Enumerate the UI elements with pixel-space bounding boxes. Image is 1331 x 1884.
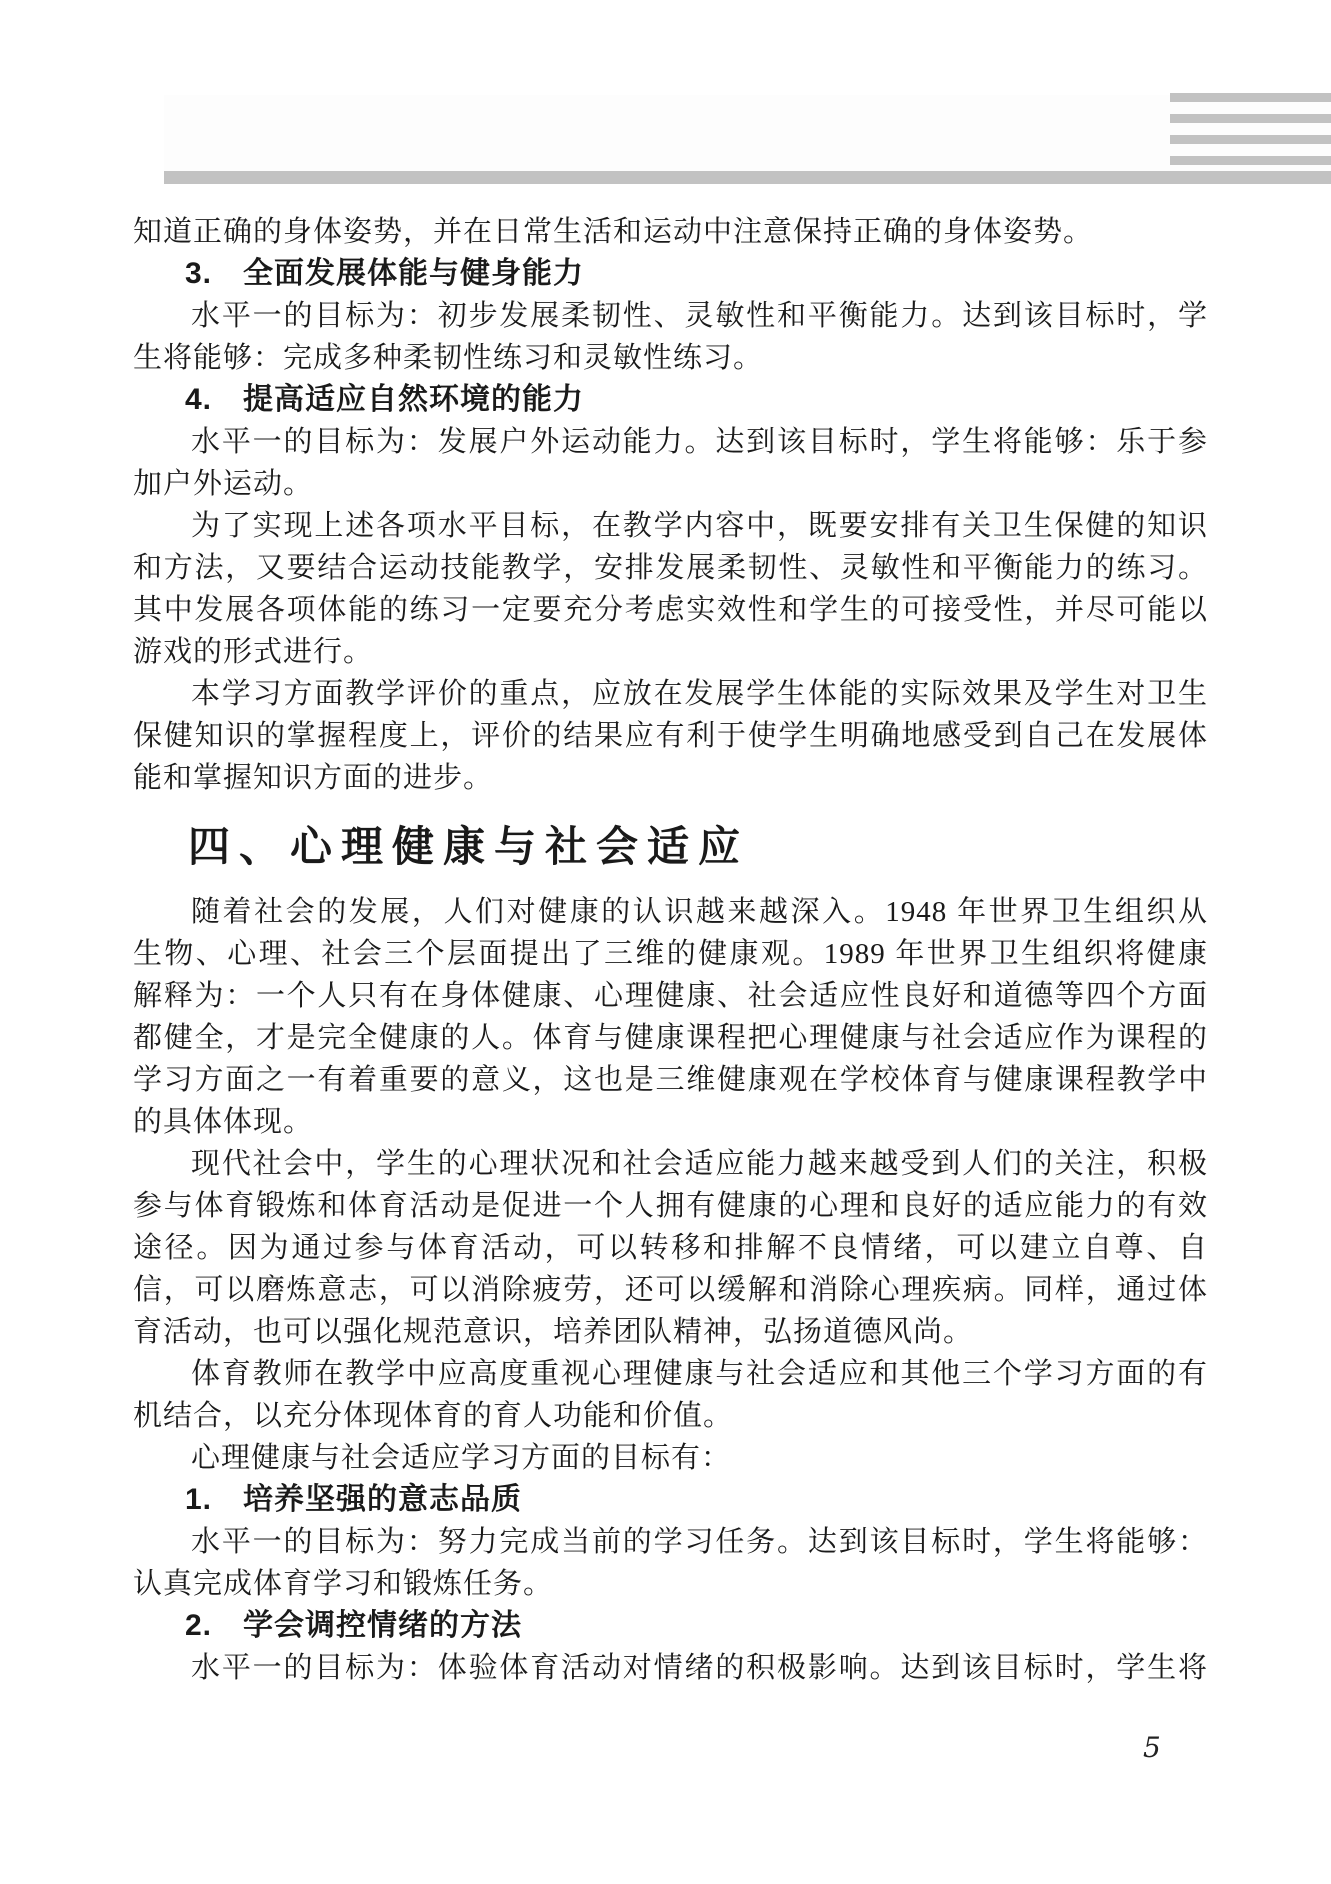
section-title: 四、心理健康与社会适应 [133, 819, 1208, 875]
text-line: 学习方面之一有着重要的意义，这也是三维健康观在学校体育与健康课程教学中 [133, 1059, 1208, 1101]
text-line: 水平一的目标为：初步发展柔韧性、灵敏性和平衡能力。达到该目标时，学 [133, 295, 1208, 337]
text-line: 机结合，以充分体现体育的育人功能和价值。 [133, 1395, 1208, 1437]
text-line: 水平一的目标为：努力完成当前的学习任务。达到该目标时，学生将能够： [133, 1521, 1208, 1563]
text-line: 认真完成体育学习和锻炼任务。 [133, 1563, 1208, 1605]
text-line: 参与体育锻炼和体育活动是促进一个人拥有健康的心理和良好的适应能力的有效 [133, 1185, 1208, 1227]
page-body: 知道正确的身体姿势，并在日常生活和运动中注意保持正确的身体姿势。3. 全面发展体… [133, 211, 1208, 1689]
text-line: 途径。因为通过参与体育活动，可以转移和排解不良情绪，可以建立自尊、自 [133, 1227, 1208, 1269]
header-stripe [1170, 114, 1331, 123]
header-stripe [1170, 135, 1331, 144]
text-line: 知道正确的身体姿势，并在日常生活和运动中注意保持正确的身体姿势。 [133, 211, 1208, 253]
text-line: 游戏的形式进行。 [133, 631, 1208, 673]
header-bar [164, 171, 1331, 184]
text-line: 随着社会的发展，人们对健康的认识越来越深入。1948 年世界卫生组织从 [133, 891, 1208, 933]
text-line: 本学习方面教学评价的重点，应放在发展学生体能的实际效果及学生对卫生 [133, 673, 1208, 715]
subheading: 3. 全面发展体能与健身能力 [133, 253, 1208, 295]
text-line: 保健知识的掌握程度上，评价的结果应有利于使学生明确地感受到自己在发展体 [133, 715, 1208, 757]
text-line: 体育教师在教学中应高度重视心理健康与社会适应和其他三个学习方面的有 [133, 1353, 1208, 1395]
subheading: 4. 提高适应自然环境的能力 [133, 379, 1208, 421]
header-stripe [1170, 93, 1331, 102]
subheading: 2. 学会调控情绪的方法 [133, 1605, 1208, 1647]
text-line: 为了实现上述各项水平目标，在教学内容中，既要安排有关卫生保健的知识 [133, 505, 1208, 547]
text-line: 水平一的目标为：体验体育活动对情绪的积极影响。达到该目标时，学生将 [133, 1647, 1208, 1689]
text-line: 现代社会中，学生的心理状况和社会适应能力越来越受到人们的关注，积极 [133, 1143, 1208, 1185]
text-line: 解释为：一个人只有在身体健康、心理健康、社会适应性良好和道德等四个方面 [133, 975, 1208, 1017]
header-stripes [1170, 93, 1331, 177]
text-line: 加户外运动。 [133, 463, 1208, 505]
text-line: 生物、心理、社会三个层面提出了三维的健康观。1989 年世界卫生组织将健康 [133, 933, 1208, 975]
text-line: 都健全，才是完全健康的人。体育与健康课程把心理健康与社会适应作为课程的 [133, 1017, 1208, 1059]
text-line: 和方法，又要结合运动技能教学，安排发展柔韧性、灵敏性和平衡能力的练习。 [133, 547, 1208, 589]
text-line: 水平一的目标为：发展户外运动能力。达到该目标时，学生将能够：乐于参 [133, 421, 1208, 463]
text-line: 其中发展各项体能的练习一定要充分考虑实效性和学生的可接受性，并尽可能以 [133, 589, 1208, 631]
subheading: 1. 培养坚强的意志品质 [133, 1479, 1208, 1521]
page-number: 5 [1143, 1731, 1161, 1764]
text-line: 心理健康与社会适应学习方面的目标有： [133, 1437, 1208, 1479]
text-line: 能和掌握知识方面的进步。 [133, 757, 1208, 799]
header-stripe [1170, 156, 1331, 165]
header-band [164, 95, 1331, 171]
text-line: 信，可以磨炼意志，可以消除疲劳，还可以缓解和消除心理疾病。同样，通过体 [133, 1269, 1208, 1311]
text-line: 育活动，也可以强化规范意识，培养团队精神，弘扬道德风尚。 [133, 1311, 1208, 1353]
text-line: 生将能够：完成多种柔韧性练习和灵敏性练习。 [133, 337, 1208, 379]
text-line: 的具体体现。 [133, 1101, 1208, 1143]
